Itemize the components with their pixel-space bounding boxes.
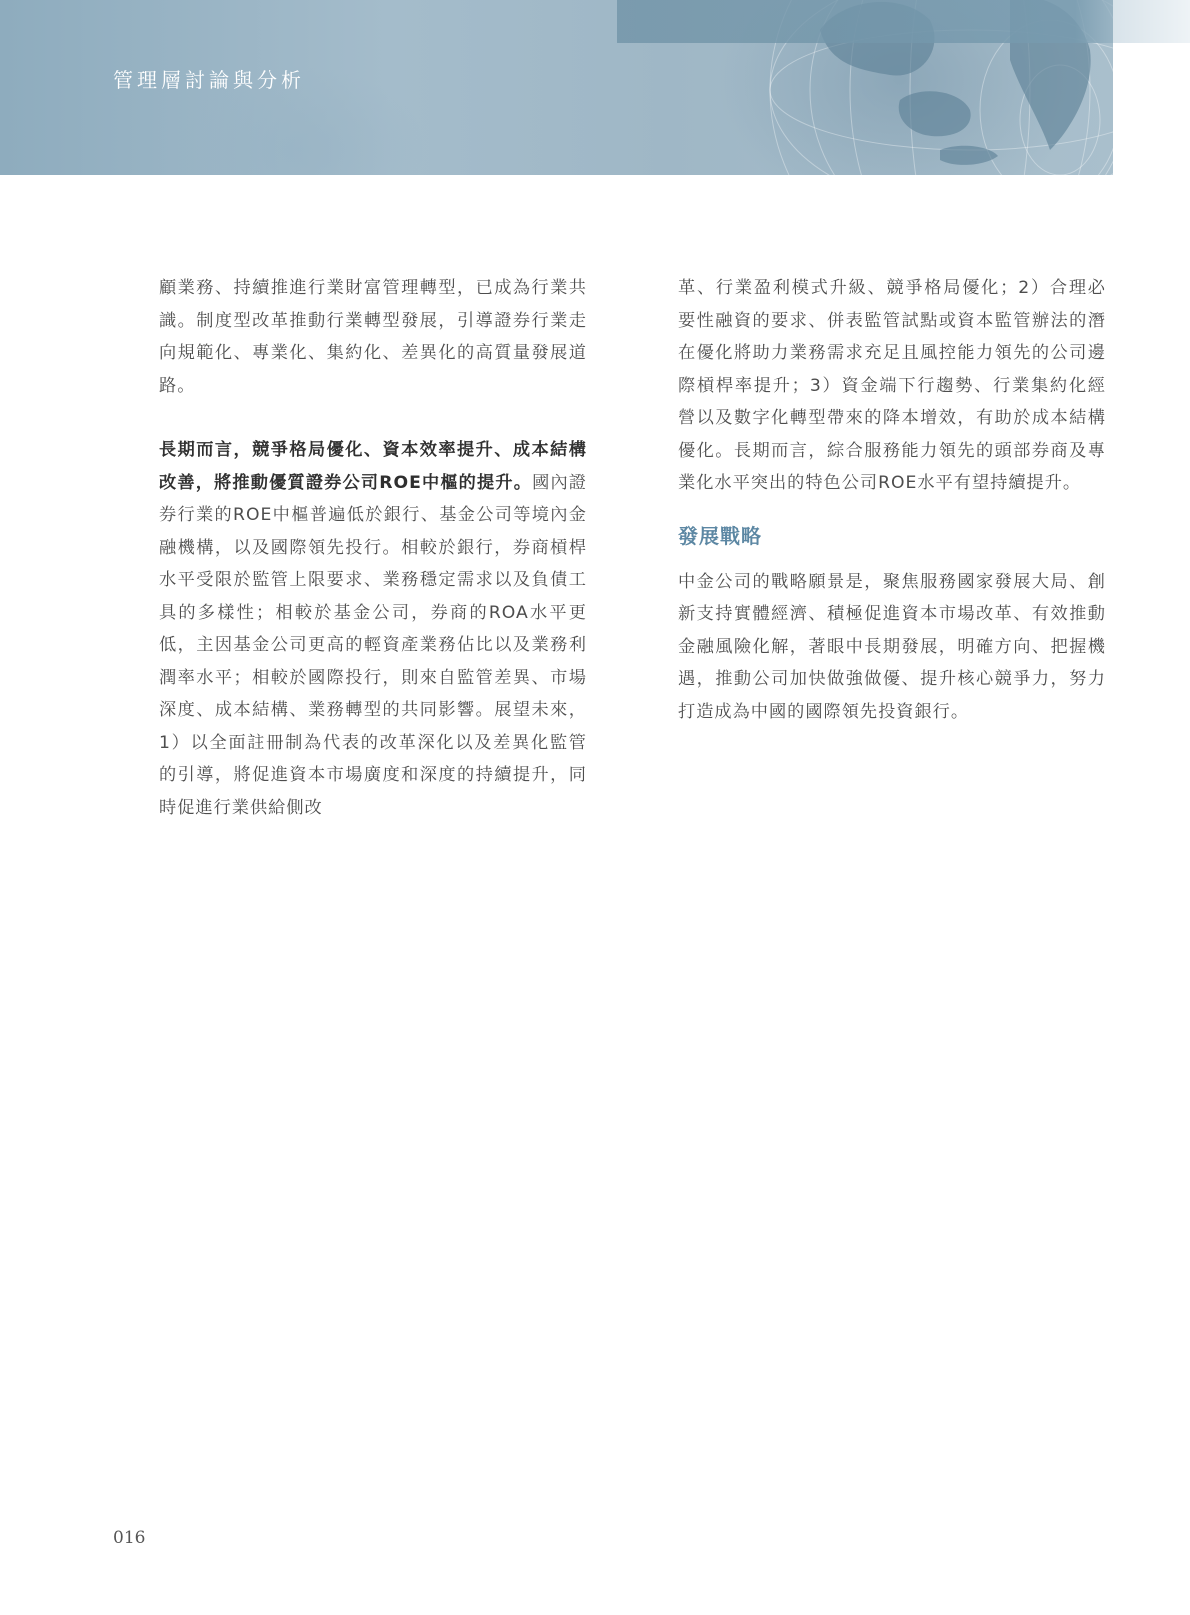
paragraph: 中金公司的戰略願景是，聚焦服務國家發展大局、創新支持實體經濟、積極促進資本市場改…: [678, 566, 1106, 729]
right-column: 革、行業盈利模式升級、競爭格局優化；2）合理必要性融資的要求、併表監管試點或資本…: [678, 272, 1106, 728]
left-column: 顧業務、持續推進行業財富管理轉型，已成為行業共識。制度型改革推動行業轉型發展，引…: [159, 272, 587, 824]
page-number: 016: [113, 1528, 145, 1548]
header-strip: [617, 0, 1190, 43]
paragraph: 革、行業盈利模式升級、競爭格局優化；2）合理必要性融資的要求、併表監管試點或資本…: [678, 272, 1106, 500]
section-heading: 發展戰略: [678, 520, 1106, 552]
paragraph-body: 國內證券行業的ROE中樞普遍低於銀行、基金公司等境內金融機構，以及國際領先投行。…: [159, 473, 587, 818]
paragraph: 長期而言，競爭格局優化、資本效率提升、成本結構改善，將推動優質證券公司ROE中樞…: [159, 434, 587, 824]
header-strip-fade: [1113, 0, 1190, 43]
bold-lead-sentence: 長期而言，競爭格局優化、資本效率提升、成本結構改善，將推動優質證券公司ROE中樞…: [159, 440, 587, 493]
paragraph: 顧業務、持續推進行業財富管理轉型，已成為行業共識。制度型改革推動行業轉型發展，引…: [159, 272, 587, 402]
section-title: 管理層討論與分析: [113, 64, 305, 93]
